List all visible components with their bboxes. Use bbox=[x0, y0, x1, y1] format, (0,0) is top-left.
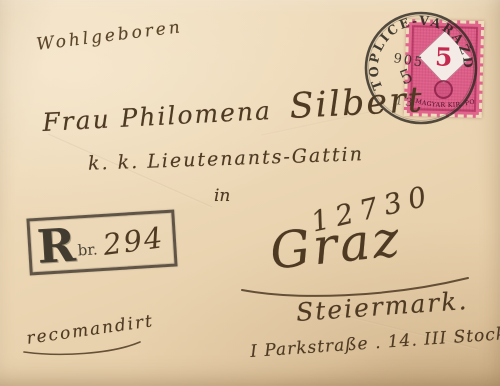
honorific-note: Wohlgeboren bbox=[35, 17, 183, 55]
stamp-denomination: 5 bbox=[435, 42, 453, 71]
recipient-title: Frau Philomena bbox=[42, 96, 273, 137]
city-name: Graz bbox=[267, 209, 404, 280]
recipient-role-line: k. k. Lieutenants-Gattin bbox=[88, 143, 365, 175]
registration-abbr: br. bbox=[77, 240, 98, 259]
registration-r: R bbox=[36, 221, 77, 269]
registration-box: R br. 294 bbox=[26, 210, 177, 276]
recipient-name: Silbert bbox=[289, 80, 425, 127]
recipient-line: Frau Philomena Silbert bbox=[41, 80, 425, 140]
registration-number: 294 bbox=[101, 220, 166, 262]
envelope-scan: 5 MAGYAR KIR. POSTA TOPLICE-VARAŽD 905 5… bbox=[0, 0, 500, 386]
region-name: Steiermark. bbox=[295, 286, 469, 327]
street-address: I Parkstraße . 14. III Stock bbox=[250, 324, 500, 362]
preposition-in: in bbox=[214, 186, 230, 206]
reco-note: recomandirt bbox=[25, 311, 155, 349]
